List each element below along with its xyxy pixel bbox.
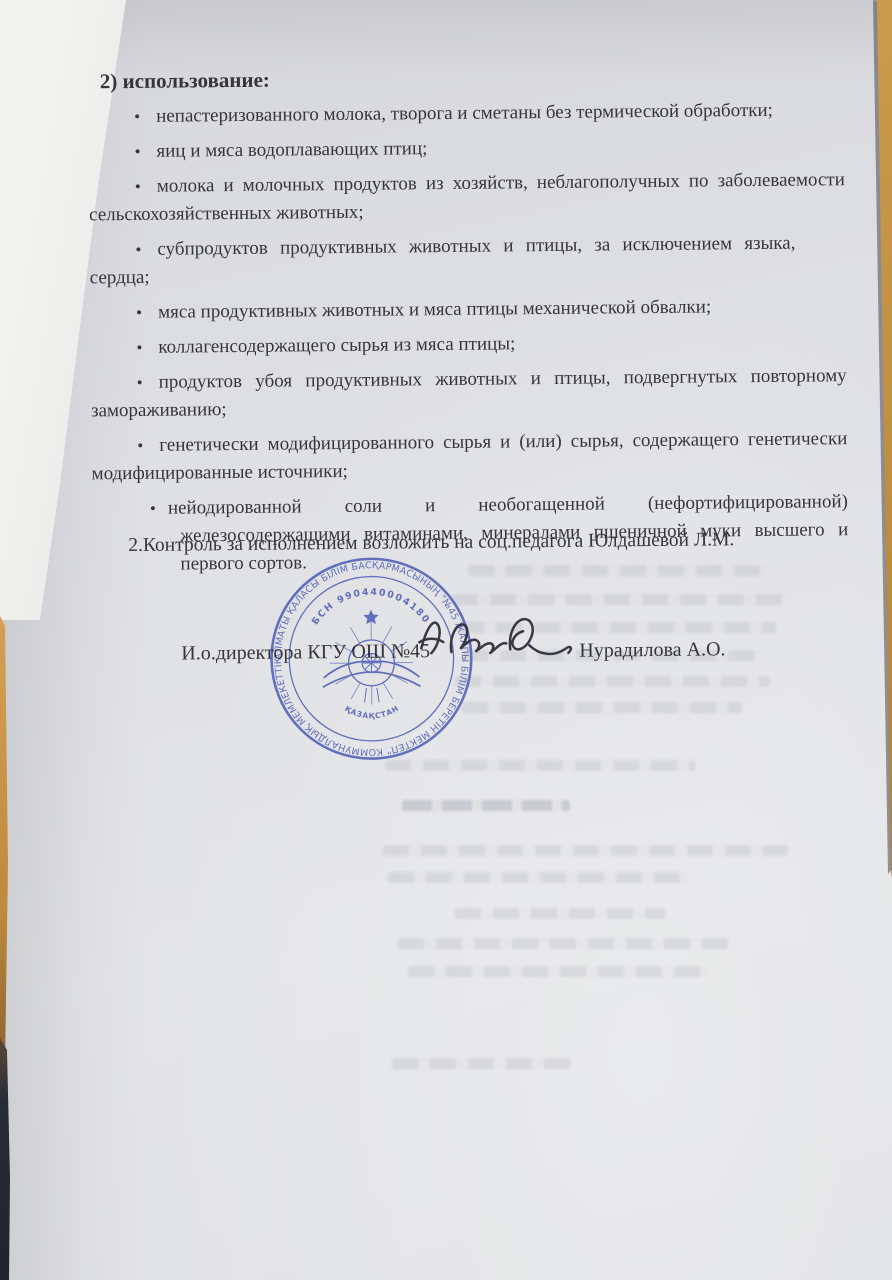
document-content: 2) использование: непастеризованного мол… <box>0 0 892 1280</box>
section-heading: 2) использование: <box>100 60 844 95</box>
document-body: 2) использование: непастеризованного мол… <box>88 60 849 586</box>
bullet-item: продуктов убоя продуктивных животных и п… <box>91 362 848 425</box>
bullet-item: генетически модифицированного сырья и (и… <box>91 425 848 488</box>
signer-name: Нурадилова А.О. <box>579 638 725 662</box>
bullet-item: молока и молочных продуктов из хозяйств,… <box>89 166 846 229</box>
bullet-list: непастеризованного молока, творога и сме… <box>88 96 849 579</box>
document-photo: 2) использование: непастеризованного мол… <box>0 0 892 1280</box>
bullet-item: яиц и мяса водоплавающих птиц; <box>88 131 844 166</box>
seal-country-label: ҚАЗАҚСТАН <box>343 703 401 720</box>
bullet-item: коллагенсодержащего сырья из мяса птицы; <box>90 327 846 362</box>
handwritten-signature <box>407 591 592 691</box>
bullet-item: мяса продуктивных животных и мяса птицы … <box>90 292 846 327</box>
bullet-item: субпродуктов продуктивных животных и пти… <box>89 230 796 293</box>
coat-of-arms-icon: ҚАЗАҚСТАН <box>322 610 421 720</box>
bullet-item: непастеризованного молока, творога и сме… <box>88 96 844 131</box>
